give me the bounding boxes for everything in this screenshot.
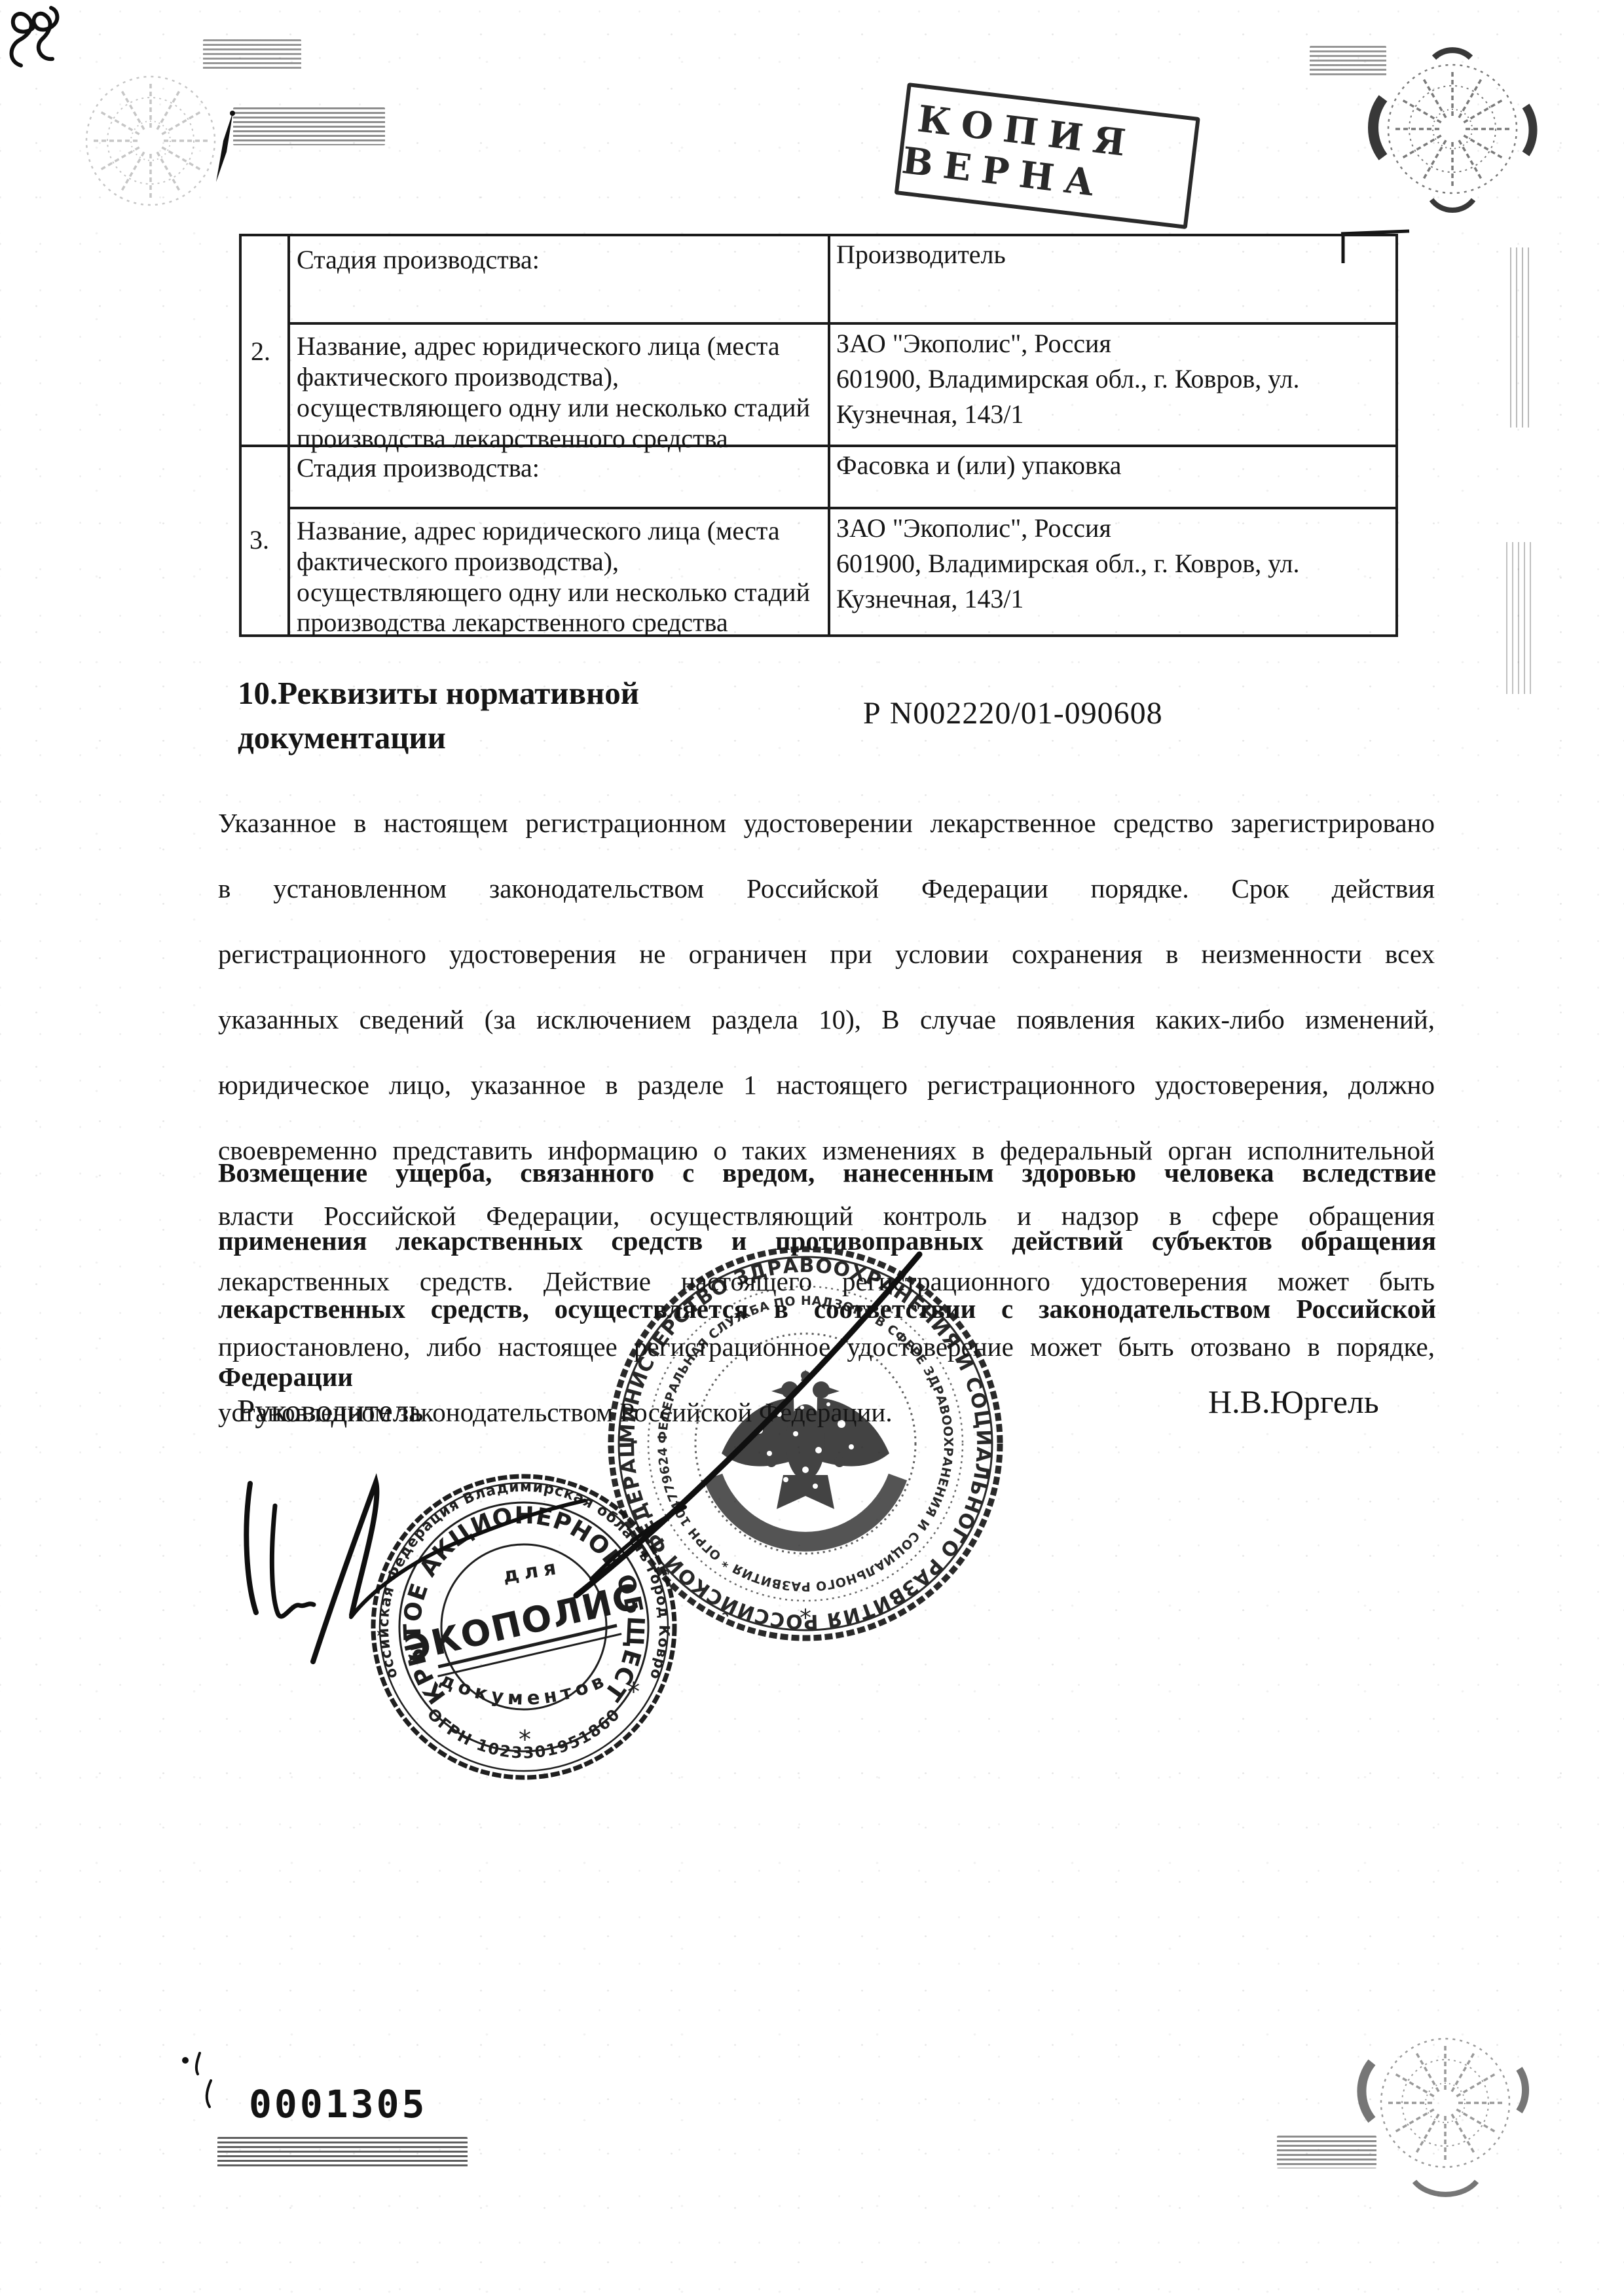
scanned-document-page: КОПИЯ ВЕРНА 2. Стадия производства: Прои… xyxy=(0,0,1624,2296)
handwritten-signature xyxy=(0,0,1624,2296)
